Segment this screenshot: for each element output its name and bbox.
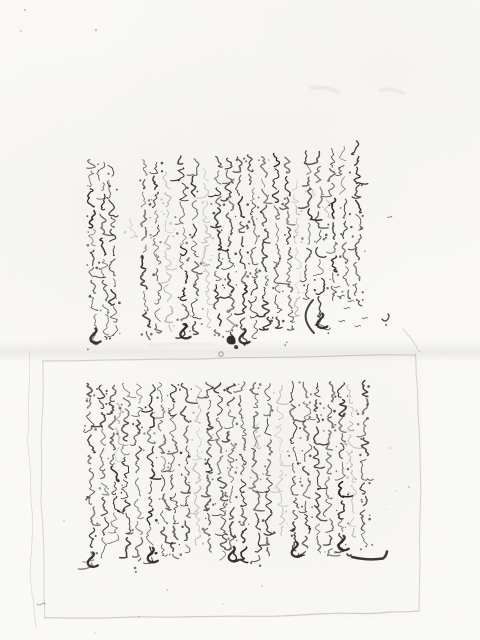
- dust-speck: [24, 9, 26, 11]
- dust-speck: [389, 447, 391, 449]
- dust-speck: [408, 486, 410, 488]
- paper-grain-texture: [0, 0, 480, 640]
- dust-speck: [222, 603, 224, 605]
- dust-speck: [95, 29, 98, 32]
- handwriting-layer: [0, 0, 480, 640]
- scanned-document: [0, 0, 480, 640]
- dust-speck: [166, 589, 168, 591]
- dust-speck: [395, 490, 396, 491]
- dust-speck: [94, 632, 96, 634]
- dust-speck: [20, 30, 22, 32]
- dust-speck: [63, 520, 65, 522]
- dust-speck: [261, 585, 263, 587]
- dust-speck: [138, 616, 140, 618]
- dust-speck: [385, 508, 386, 509]
